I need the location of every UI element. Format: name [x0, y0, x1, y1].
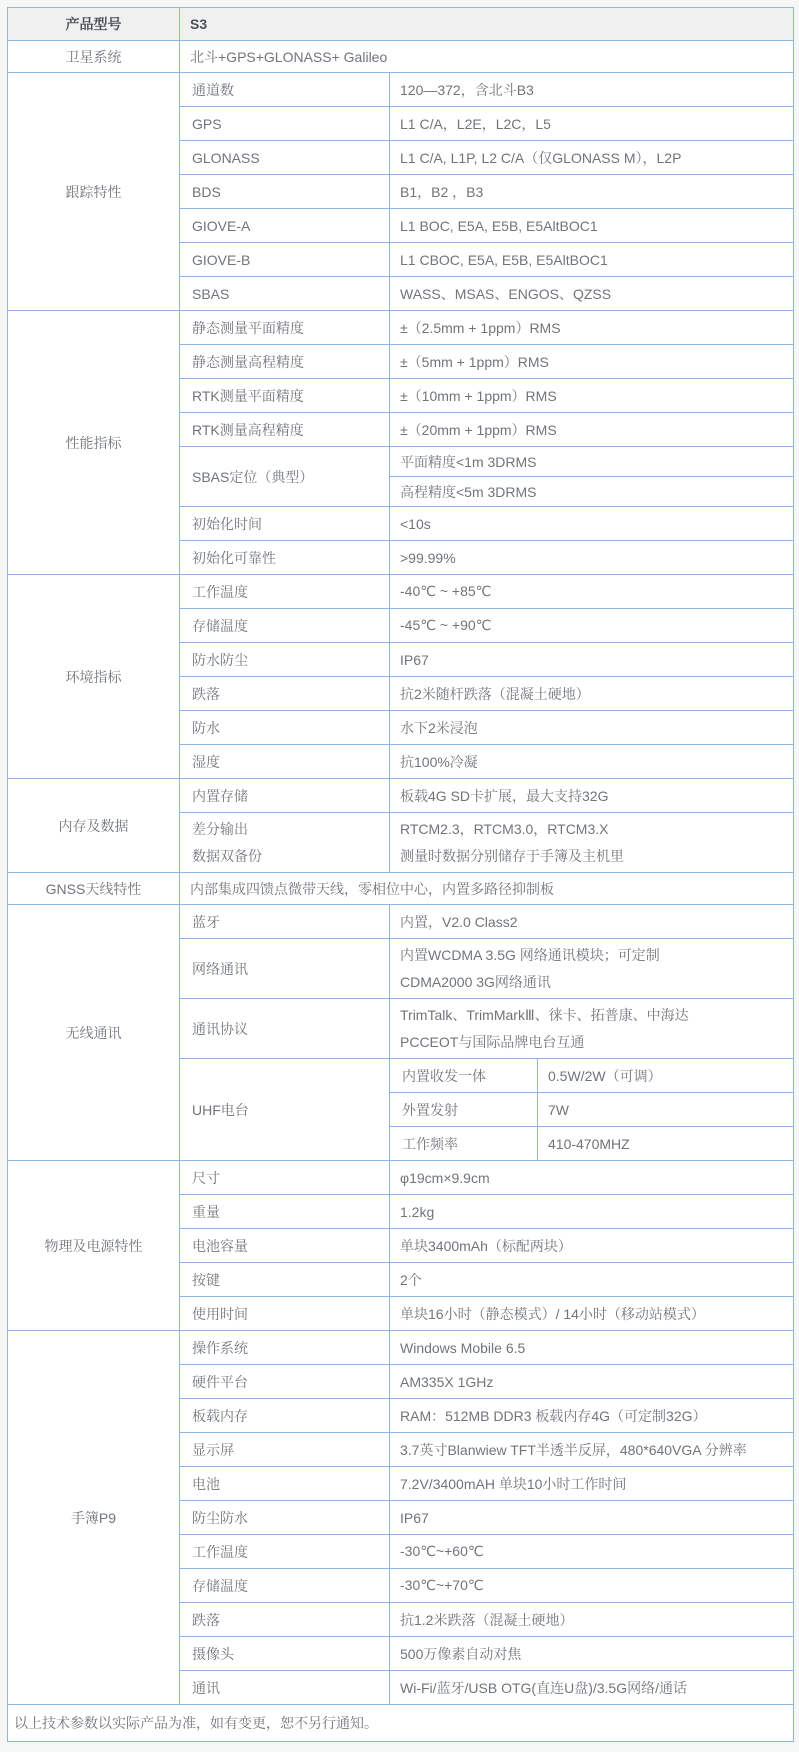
spec-row: 性能指标静态测量平面精度±（2.5mm + 1ppm）RMS	[8, 311, 794, 345]
row-value: 北斗+GPS+GLONASS+ Galileo	[180, 41, 794, 73]
spec-value: -30℃~+70℃	[390, 1569, 794, 1603]
spec-value: IP67	[390, 1501, 794, 1535]
spec-label: 重量	[180, 1195, 390, 1229]
spec-label: 尺寸	[180, 1161, 390, 1195]
spec-label: 存储温度	[180, 1569, 390, 1603]
spec-value: AM335X 1GHz	[390, 1365, 794, 1399]
spec-value: L1 C/A, L1P, L2 C/A（仅GLONASS M），L2P	[390, 141, 794, 175]
spec-value: 500万像素自动对焦	[390, 1637, 794, 1671]
spec-value: WASS、MSAS、ENGOS、QZSS	[390, 277, 794, 311]
model-value: S3	[180, 8, 794, 41]
spec-label: 湿度	[180, 745, 390, 779]
spec-row: 内存及数据内置存储板载4G SD卡扩展，最大支持32G	[8, 779, 794, 813]
spec-value: L1 BOC, E5A, E5B, E5AltBOC1	[390, 209, 794, 243]
spec-value: ±（20mm + 1ppm）RMS	[390, 413, 794, 447]
spec-label: 跌落	[180, 1603, 390, 1637]
spec-label: GIOVE-A	[180, 209, 390, 243]
section-label: 内存及数据	[8, 779, 180, 873]
spec-value-line: TrimTalk、TrimMarkⅢ、徕卡、拓普康、中海达	[400, 1002, 785, 1029]
spec-label: BDS	[180, 175, 390, 209]
spec-label: 蓝牙	[180, 905, 390, 939]
section-label: 手簿P9	[8, 1331, 180, 1705]
spec-row: 环境指标工作温度-40℃ ~ +85℃	[8, 575, 794, 609]
row-label: 卫星系统	[8, 41, 180, 73]
spec-label: 操作系统	[180, 1331, 390, 1365]
spec-label: 按键	[180, 1263, 390, 1297]
spec-label: 内置存储	[180, 779, 390, 813]
spec-value: Wi-Fi/蓝牙/USB OTG(直连U盘)/3.5G网络/通话	[390, 1671, 794, 1705]
spec-value: 内置，V2.0 Class2	[390, 905, 794, 939]
spec-row: 无线通讯蓝牙内置，V2.0 Class2	[8, 905, 794, 939]
spec-value: 单块3400mAh（标配两块）	[390, 1229, 794, 1263]
spec-value: ±（10mm + 1ppm）RMS	[390, 379, 794, 413]
spec-value: TrimTalk、TrimMarkⅢ、徕卡、拓普康、中海达PCCEOT与国际品牌…	[390, 999, 794, 1059]
spec-value: 120—372，含北斗B3	[390, 73, 794, 107]
spec-label: 显示屏	[180, 1433, 390, 1467]
spec-label: SBAS	[180, 277, 390, 311]
spec-value: RTCM2.3，RTCM3.0，RTCM3.X测量时数据分别储存于手簿及主机里	[390, 813, 794, 873]
spec-value-line: PCCEOT与国际品牌电台互通	[400, 1029, 785, 1056]
spec-row: 跟踪特性通道数120—372，含北斗B3	[8, 73, 794, 107]
spec-value: 7.2V/3400mAH 单块10小时工作时间	[390, 1467, 794, 1501]
spec-label: 跌落	[180, 677, 390, 711]
spec-value: 水下2米浸泡	[390, 711, 794, 745]
spec-label: 电池容量	[180, 1229, 390, 1263]
spec-value: 抗1.2米跌落（混凝土硬地）	[390, 1603, 794, 1637]
spec-value-line: 测量时数据分别储存于手簿及主机里	[400, 843, 785, 870]
spec-value: φ19cm×9.9cm	[390, 1161, 794, 1195]
spec-value: Windows Mobile 6.5	[390, 1331, 794, 1365]
full-row: 卫星系统北斗+GPS+GLONASS+ Galileo	[8, 41, 794, 73]
spec-table: 产品型号S3卫星系统北斗+GPS+GLONASS+ Galileo跟踪特性通道数…	[7, 7, 794, 1742]
spec-value: 单块16小时（静态模式）/ 14小时（移动站模式）	[390, 1297, 794, 1331]
spec-label: 通讯	[180, 1671, 390, 1705]
section-label: 物理及电源特性	[8, 1161, 180, 1331]
spec-row: 手簿P9操作系统Windows Mobile 6.5	[8, 1331, 794, 1365]
spec-value-line: RTCM2.3，RTCM3.0，RTCM3.X	[400, 816, 785, 843]
model-label: 产品型号	[8, 8, 180, 41]
sub-spec-value: 7W	[538, 1093, 794, 1127]
spec-value: L1 C/A，L2E，L2C，L5	[390, 107, 794, 141]
spec-label: 工作温度	[180, 1535, 390, 1569]
spec-value: -30℃~+60℃	[390, 1535, 794, 1569]
spec-value: 板载4G SD卡扩展，最大支持32G	[390, 779, 794, 813]
spec-value: RAM：512MB DDR3 板载内存4G（可定制32G）	[390, 1399, 794, 1433]
spec-value: 2个	[390, 1263, 794, 1297]
spec-value: -45℃ ~ +90℃	[390, 609, 794, 643]
spec-label: RTK测量平面精度	[180, 379, 390, 413]
spec-value: >99.99%	[390, 541, 794, 575]
spec-label: 网络通讯	[180, 939, 390, 999]
spec-label: 硬件平台	[180, 1365, 390, 1399]
spec-value: 抗100%冷凝	[390, 745, 794, 779]
spec-value: 高程精度<5m 3DRMS	[390, 477, 794, 507]
spec-value-line: CDMA2000 3G网络通讯	[400, 969, 785, 996]
spec-label: 防水	[180, 711, 390, 745]
spec-label: 通讯协议	[180, 999, 390, 1059]
spec-label: 初始化可靠性	[180, 541, 390, 575]
spec-label: UHF电台	[180, 1059, 390, 1161]
spec-value-line: 内置WCDMA 3.5G 网络通讯模块；可定制	[400, 942, 785, 969]
spec-label: GIOVE-B	[180, 243, 390, 277]
spec-value: <10s	[390, 507, 794, 541]
spec-label: 板载内存	[180, 1399, 390, 1433]
spec-value: IP67	[390, 643, 794, 677]
row-label: GNSS天线特性	[8, 873, 180, 905]
sub-spec-label: 内置收发一体	[390, 1059, 538, 1093]
spec-label: 摄像头	[180, 1637, 390, 1671]
spec-label: GLONASS	[180, 141, 390, 175]
spec-label: 初始化时间	[180, 507, 390, 541]
sub-spec-value: 0.5W/2W（可调）	[538, 1059, 794, 1093]
section-label: 性能指标	[8, 311, 180, 575]
spec-value: 3.7英寸Blanwiew TFT半透半反屏，480*640VGA 分辨率	[390, 1433, 794, 1467]
spec-label: 防尘防水	[180, 1501, 390, 1535]
spec-label: SBAS定位（典型）	[180, 447, 390, 507]
spec-label-line: 数据双备份	[192, 843, 383, 870]
spec-label: RTK测量高程精度	[180, 413, 390, 447]
spec-value: ±（2.5mm + 1ppm）RMS	[390, 311, 794, 345]
spec-label: 静态测量高程精度	[180, 345, 390, 379]
spec-label: 电池	[180, 1467, 390, 1501]
sub-spec-value: 410-470MHZ	[538, 1127, 794, 1161]
model-row: 产品型号S3	[8, 8, 794, 41]
spec-row: 物理及电源特性尺寸φ19cm×9.9cm	[8, 1161, 794, 1195]
row-value: 内部集成四馈点微带天线，零相位中心，内置多路径抑制板	[180, 873, 794, 905]
sub-spec-label: 工作频率	[390, 1127, 538, 1161]
spec-value: L1 CBOC, E5A, E5B, E5AltBOC1	[390, 243, 794, 277]
spec-label: 防水防尘	[180, 643, 390, 677]
spec-value: 平面精度<1m 3DRMS	[390, 447, 794, 477]
section-label: 跟踪特性	[8, 73, 180, 311]
spec-label: 使用时间	[180, 1297, 390, 1331]
footer-row: 以上技术参数以实际产品为准，如有变更，恕不另行通知。	[8, 1705, 794, 1742]
spec-value: 抗2米随杆跌落（混凝土硬地）	[390, 677, 794, 711]
spec-label: 差分输出数据双备份	[180, 813, 390, 873]
spec-value: 1.2kg	[390, 1195, 794, 1229]
sub-spec-label: 外置发射	[390, 1093, 538, 1127]
section-label: 环境指标	[8, 575, 180, 779]
spec-value: ±（5mm + 1ppm）RMS	[390, 345, 794, 379]
spec-label-line: 差分输出	[192, 816, 383, 843]
spec-value: B1，B2 ，B3	[390, 175, 794, 209]
spec-label: 工作温度	[180, 575, 390, 609]
spec-value: 内置WCDMA 3.5G 网络通讯模块；可定制CDMA2000 3G网络通讯	[390, 939, 794, 999]
spec-label: GPS	[180, 107, 390, 141]
spec-sheet-page: 产品型号S3卫星系统北斗+GPS+GLONASS+ Galileo跟踪特性通道数…	[0, 0, 799, 1752]
spec-label: 通道数	[180, 73, 390, 107]
spec-value: -40℃ ~ +85℃	[390, 575, 794, 609]
spec-label: 存储温度	[180, 609, 390, 643]
full-row: GNSS天线特性内部集成四馈点微带天线，零相位中心，内置多路径抑制板	[8, 873, 794, 905]
section-label: 无线通讯	[8, 905, 180, 1161]
spec-label: 静态测量平面精度	[180, 311, 390, 345]
footer-note: 以上技术参数以实际产品为准，如有变更，恕不另行通知。	[8, 1705, 794, 1742]
